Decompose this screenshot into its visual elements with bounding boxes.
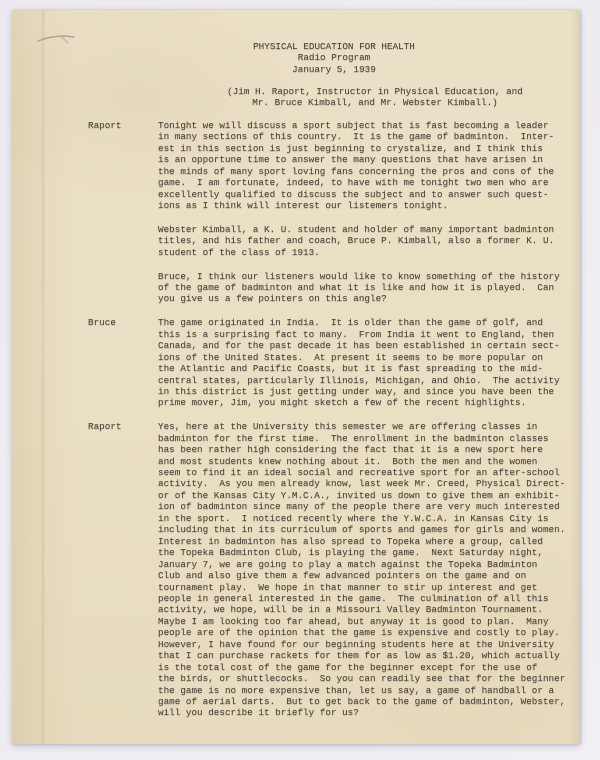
speech-text: The game originated in India. It is olde… (158, 317, 572, 421)
dialogue-block: Raport Tonight we will discuss a sport s… (88, 120, 572, 317)
document-byline: (Jim H. Raport, Instructor in Physical E… (145, 86, 600, 109)
paragraph: Bruce, I think our listeners would like … (158, 271, 572, 305)
dialogue-block: Bruce The game originated in India. It i… (88, 317, 572, 421)
paragraph: Yes, here at the University this semeste… (158, 421, 572, 719)
paragraph: The game originated in India. It is olde… (158, 317, 572, 409)
document-page: PHYSICAL EDUCATION FOR HEALTH Radio Prog… (12, 10, 580, 744)
speaker-label: Raport (88, 421, 158, 432)
speech-text: Yes, here at the University this semeste… (158, 421, 572, 731)
dialogue-transcript: Raport Tonight we will discuss a sport s… (88, 120, 572, 731)
paragraph: Tonight we will discuss a sport subject … (158, 120, 572, 212)
pencil-mark (36, 28, 80, 48)
speaker-label: Raport (88, 120, 158, 131)
dialogue-block: Raport Yes, here at the University this … (88, 421, 572, 731)
speaker-label: Bruce (88, 317, 158, 328)
scanner-background: PHYSICAL EDUCATION FOR HEALTH Radio Prog… (0, 0, 600, 760)
speech-text: Tonight we will discuss a sport subject … (158, 120, 572, 317)
document-title: PHYSICAL EDUCATION FOR HEALTH Radio Prog… (104, 41, 564, 75)
paragraph: Webster Kimball, a K. U. student and hol… (158, 224, 572, 258)
